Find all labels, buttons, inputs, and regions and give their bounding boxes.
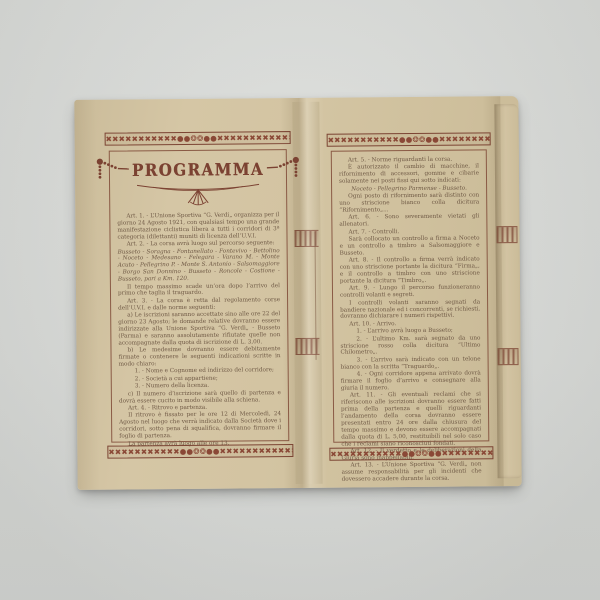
paragraph: Art. 9. - Lungo il percorso funzionerann… bbox=[340, 285, 480, 300]
frieze-ornament bbox=[496, 226, 517, 243]
right-page-text: Art. 5. - Norme riguardanti la corsa.È a… bbox=[332, 156, 489, 484]
paragraph: Art. 3. - La corsa è retta dal regolamen… bbox=[118, 297, 280, 312]
ornamental-border: ✖✖✖✖✖✖✖✖✖✖✖●●❂❂●●✖✖✖✖✖✖✖✖✖✖✖✖ bbox=[107, 444, 293, 459]
paragraph: Art. 8. - Il controllo a firma verrà ind… bbox=[340, 257, 480, 286]
frieze-ornament bbox=[497, 348, 518, 365]
garland-ornament-left-icon bbox=[94, 155, 130, 185]
ornamental-border: ✖✖✖✖✖✖✖✖✖✖✖●●❂❂●●✖✖✖✖✖✖✖✖✖✖✖✖ bbox=[329, 446, 493, 460]
right-page: ✖✖✖✖✖✖✖✖✖✖✖●●❂❂●●✖✖✖✖✖✖✖✖✖✖✖✖ Art. 5. - … bbox=[318, 96, 497, 488]
ornamental-border: ✖✖✖✖✖✖✖✖✖✖✖●●❂❂●●✖✖✖✖✖✖✖✖✖✖✖✖ bbox=[327, 132, 491, 146]
paragraph: b) Le medesime dovranno essere debitamen… bbox=[118, 346, 280, 368]
fan-ornament-icon bbox=[133, 181, 263, 210]
page-edge-rule bbox=[314, 232, 316, 360]
left-page: ✖✖✖✖✖✖✖✖✖✖✖●●❂❂●●✖✖✖✖✖✖✖✖✖✖✖✖ bbox=[74, 98, 301, 490]
left-page-text: Art. 1. - L’Unione Sportiva “G. Verdi„ o… bbox=[110, 212, 288, 448]
paragraph: Art. 13. - L’Unione Sportiva “G. Verdi„ … bbox=[341, 462, 481, 484]
ornamental-border: ✖✖✖✖✖✖✖✖✖✖✖●●❂❂●●✖✖✖✖✖✖✖✖✖✖✖✖ bbox=[105, 131, 291, 146]
paragraph: 2. - L’ultimo Km. sarà segnato da uno st… bbox=[340, 335, 480, 357]
paragraph: Ogni posto di rifornimento sarà distinto… bbox=[339, 192, 479, 214]
paragraph: Art. 1. - L’Unione Sportiva “G. Verdi„ o… bbox=[117, 212, 279, 241]
photo-background: ✖✖✖✖✖✖✖✖✖✖✖●●❂❂●●✖✖✖✖✖✖✖✖✖✖✖✖ bbox=[0, 0, 600, 600]
paragraph: È autorizzato il cambio di macchine, il … bbox=[339, 164, 479, 186]
paragraph: Art. 11. - Gli eventuali reclami che si … bbox=[341, 392, 481, 448]
paragraph: a) Le iscrizioni saranno accettate sino … bbox=[118, 311, 280, 347]
paragraph: I controlli volanti saranno segnati da b… bbox=[340, 299, 480, 321]
paragraph: 4. - Ogni corridore appena arrivato dovr… bbox=[341, 371, 481, 393]
paragraph: c) Il numero d’iscrizione sarà quello di… bbox=[119, 390, 281, 405]
program-booklet: ✖✖✖✖✖✖✖✖✖✖✖●●❂❂●●✖✖✖✖✖✖✖✖✖✖✖✖ bbox=[74, 96, 521, 490]
right-page-frame: Art. 5. - Norme riguardanti la corsa.È a… bbox=[331, 149, 490, 442]
paragraph: Art. 6. - Sono severamente vietati gli a… bbox=[339, 214, 479, 229]
page-title: PROGRAMMA bbox=[132, 159, 264, 180]
paragraph: Busseto - Soragna - Fontanellato - Fonte… bbox=[118, 248, 280, 284]
back-page-edge bbox=[494, 104, 521, 478]
garland-ornament-right-icon bbox=[266, 154, 302, 184]
paragraph: Il tempo massimo scade un’ora dopo l’arr… bbox=[118, 283, 280, 298]
paragraph: Art. 2. - La corsa avrà luogo sul percor… bbox=[118, 240, 280, 248]
left-page-frame: PROGRAMMA bbox=[109, 149, 290, 443]
paragraph: 3. - L’arrivo sarà indicato con un telon… bbox=[341, 356, 481, 371]
paragraph: Sarà collocato un controllo a firma a No… bbox=[340, 235, 480, 257]
programma-header: PROGRAMMA bbox=[110, 154, 286, 212]
paragraph: Il ritrovo è fissato per le ore 12 di Me… bbox=[119, 412, 281, 441]
